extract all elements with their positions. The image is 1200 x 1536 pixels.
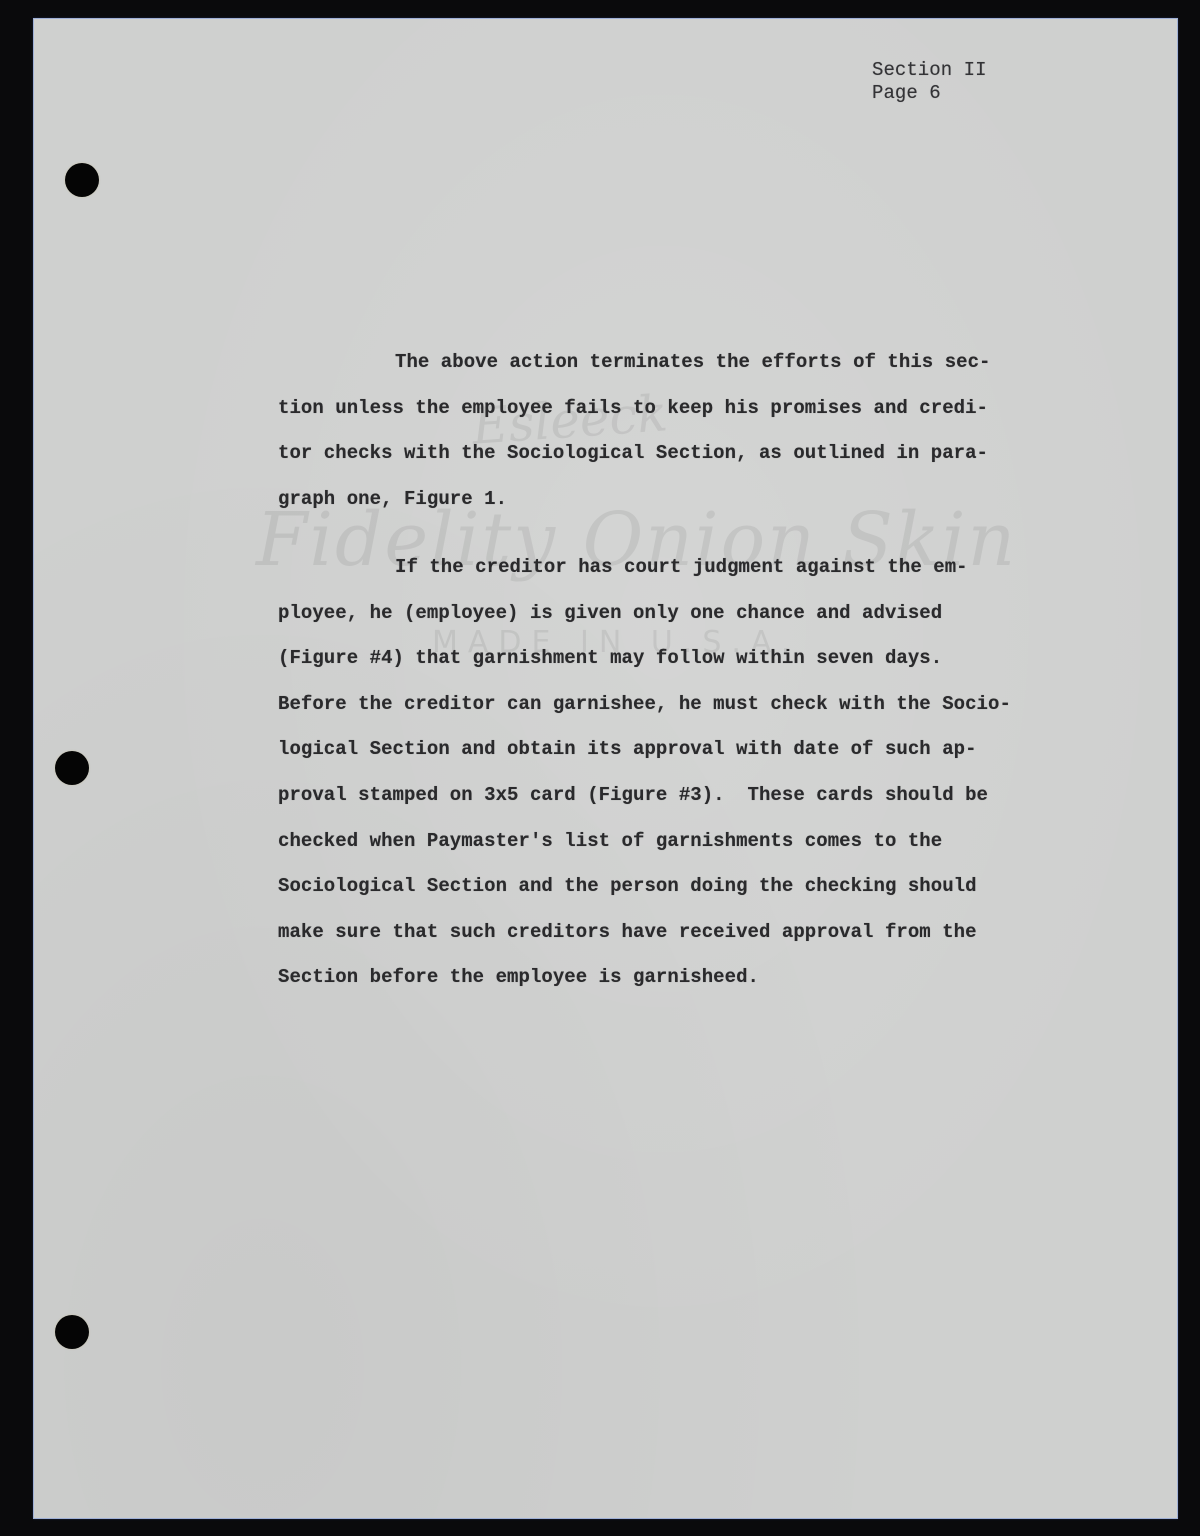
text-line: logical Section and obtain its approval … [278, 738, 977, 760]
text-line: tion unless the employee fails to keep h… [278, 397, 988, 419]
text-line: ployee, he (employee) is given only one … [278, 602, 942, 624]
punch-hole-middle [55, 751, 89, 785]
paper-sheet: Esleeck Fidelity Onion Skin MADE IN U.S.… [34, 19, 1177, 1518]
punch-hole-bottom [55, 1315, 89, 1349]
text-line: checked when Paymaster's list of garnish… [278, 830, 942, 852]
text-line: graph one, Figure 1. [278, 488, 507, 510]
text-line: proval stamped on 3x5 card (Figure #3). … [278, 784, 988, 806]
punch-hole-top [65, 163, 99, 197]
text-line: If the creditor has court judgment again… [395, 556, 968, 578]
text-line: (Figure #4) that garnishment may follow … [278, 647, 942, 669]
text-line: Section before the employee is garnishee… [278, 966, 759, 988]
text-line: The above action terminates the efforts … [395, 351, 991, 373]
section-label: Section II [872, 59, 987, 81]
scan-frame: Esleeck Fidelity Onion Skin MADE IN U.S.… [0, 0, 1200, 1536]
page-label: Page 6 [872, 82, 941, 104]
text-line: Before the creditor can garnishee, he mu… [278, 693, 1011, 715]
text-line: make sure that such creditors have recei… [278, 921, 977, 943]
text-line: Sociological Section and the person doin… [278, 875, 977, 897]
text-line: tor checks with the Sociological Section… [278, 442, 988, 464]
